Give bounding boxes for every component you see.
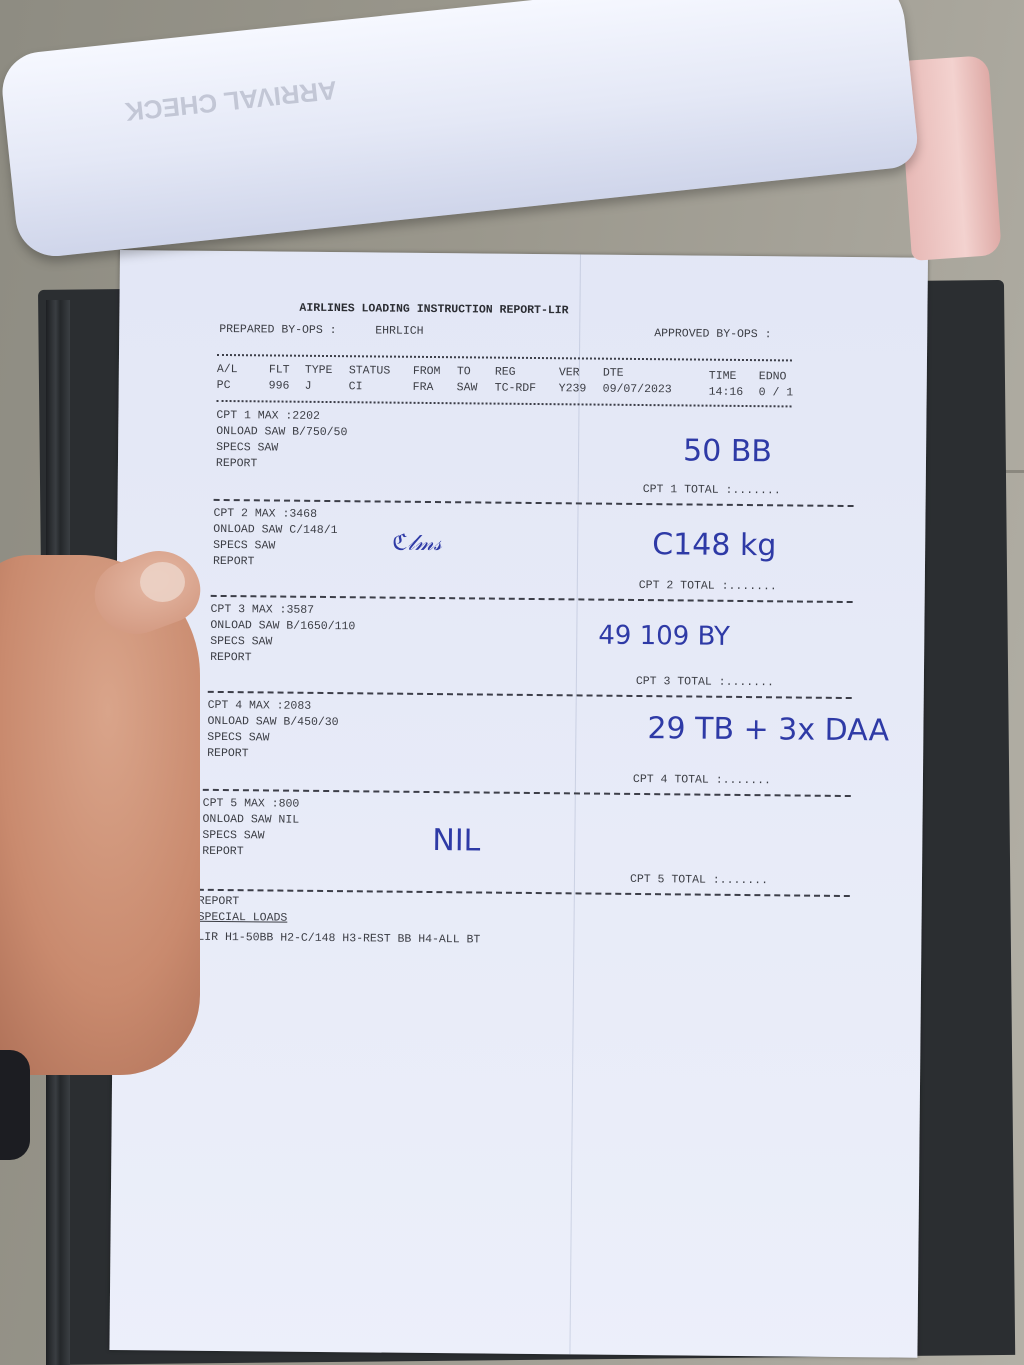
val-flt: 996 [269, 379, 290, 392]
cpt-total: CPT 2 TOTAL :....... [639, 579, 777, 593]
flight-header-values: PC 996 J CI FRA SAW TC-RDF Y239 09/07/20… [120, 250, 928, 258]
cpt-total: CPT 4 TOTAL :....... [633, 773, 771, 787]
cpt-total: CPT 1 TOTAL :....... [643, 483, 781, 497]
cpt-report: REPORT [207, 747, 249, 760]
col-type: TYPE [305, 364, 333, 377]
cpt-specs: SPECS SAW [207, 731, 269, 745]
dotted-rule [217, 354, 792, 362]
cpt-onload: ONLOAD SAW B/1650/110 [210, 619, 355, 633]
lir-document: AIRLINES LOADING INSTRUCTION REPORT-LIR … [109, 250, 928, 1358]
col-status: STATUS [349, 364, 391, 377]
prepared-by-label: PREPARED BY-OPS : [219, 323, 336, 337]
compartment-3: CPT 3 MAX :3587 ONLOAD SAW B/1650/110 SP… [120, 250, 928, 258]
compartment-1: CPT 1 MAX :2202 ONLOAD SAW B/750/50 SPEC… [120, 250, 928, 258]
col-reg: REG [495, 366, 516, 379]
col-from: FROM [413, 365, 441, 378]
dashed-rule [198, 889, 850, 897]
cpt-report: REPORT [216, 457, 258, 470]
cpt-onload: ONLOAD SAW NIL [202, 813, 299, 827]
cpt-specs: SPECS SAW [202, 829, 264, 843]
cpt-onload: ONLOAD SAW B/750/50 [216, 425, 347, 439]
cpt-report: REPORT [210, 651, 252, 664]
val-from: FRA [413, 381, 434, 394]
signature: ℭ𝓁𝓂𝓈 [392, 531, 442, 556]
val-al: PC [217, 379, 231, 392]
flight-header-columns: A/L FLT TYPE STATUS FROM TO REG VER DTE … [120, 250, 928, 258]
handwritten-note: 50 BB [683, 433, 772, 469]
footer-report: REPORT [198, 895, 240, 908]
cpt-total: CPT 3 TOTAL :....... [636, 675, 774, 689]
col-dte: DTE [603, 367, 624, 380]
col-flt: FLT [269, 363, 290, 376]
col-edno: EDNO [759, 370, 787, 383]
col-time: TIME [709, 370, 737, 383]
cpt-report: REPORT [213, 555, 255, 568]
val-reg: TC-RDF [495, 382, 537, 395]
dashed-rule [214, 499, 854, 507]
handwritten-note: C148 kg [652, 527, 777, 563]
dotted-rule [217, 400, 792, 408]
col-ver: VER [559, 366, 580, 379]
loading-instruction-sheet: AIRLINES LOADING INSTRUCTION REPORT-LIR … [109, 250, 928, 1358]
lir-summary-line: LIR H1-50BB H2-C/148 H3-REST BB H4-ALL B… [197, 931, 480, 947]
cpt-total: CPT 5 TOTAL :....... [630, 873, 768, 887]
cpt-onload: ONLOAD SAW B/450/30 [207, 715, 338, 729]
cpt-specs: SPECS SAW [216, 441, 278, 455]
cpt-max: CPT 1 MAX :2202 [216, 409, 320, 423]
cpt-specs: SPECS SAW [213, 539, 275, 553]
cpt-max: CPT 4 MAX :2083 [208, 699, 312, 713]
cpt-max: CPT 5 MAX :800 [203, 797, 300, 811]
cpt-max: CPT 2 MAX :3468 [213, 507, 317, 521]
rolled-page-ghost-text: ARRIVAL CHECK [124, 63, 507, 121]
val-to: SAW [457, 381, 478, 394]
document-footer: REPORT SPECIAL LOADS LIR H1-50BB H2-C/14… [120, 250, 928, 258]
val-type: J [305, 380, 312, 393]
handwritten-note: NIL [432, 823, 480, 858]
val-dte: 09/07/2023 [603, 383, 672, 397]
dashed-rule [208, 691, 852, 699]
approved-by-label: APPROVED BY-OPS : [654, 327, 771, 341]
col-al: A/L [217, 363, 238, 376]
rolled-over-pages[interactable]: ARRIVAL CHECK [0, 0, 920, 260]
document-title: AIRLINES LOADING INSTRUCTION REPORT-LIR [299, 302, 568, 318]
compartment-5: CPT 5 MAX :800 ONLOAD SAW NIL SPECS SAW … [120, 250, 928, 258]
cpt-max: CPT 3 MAX :3587 [210, 603, 314, 617]
sleeve [0, 1050, 30, 1160]
thumbnail [140, 562, 185, 602]
prepared-by-value: EHRLICH [375, 324, 423, 337]
val-edno: 0 / 1 [759, 386, 794, 399]
carbon-copy-pages [898, 55, 1002, 261]
cpt-onload: ONLOAD SAW C/148/1 [213, 523, 337, 537]
col-to: TO [457, 365, 471, 378]
compartment-4: CPT 4 MAX :2083 ONLOAD SAW B/450/30 SPEC… [120, 250, 928, 258]
dashed-rule [211, 595, 853, 603]
val-status: CI [349, 380, 363, 393]
handwritten-note: 29 TB + 3x DAA [647, 711, 889, 748]
cpt-report: REPORT [202, 845, 244, 858]
special-loads-heading: SPECIAL LOADS [198, 911, 288, 925]
cpt-specs: SPECS SAW [210, 635, 272, 649]
dashed-rule [203, 789, 851, 797]
compartment-2: CPT 2 MAX :3468 ONLOAD SAW C/148/1 SPECS… [120, 250, 928, 258]
val-ver: Y239 [559, 382, 587, 395]
handwritten-note: 49 109 BY [598, 621, 730, 652]
holding-hand [0, 555, 200, 1075]
val-time: 14:16 [709, 386, 744, 399]
